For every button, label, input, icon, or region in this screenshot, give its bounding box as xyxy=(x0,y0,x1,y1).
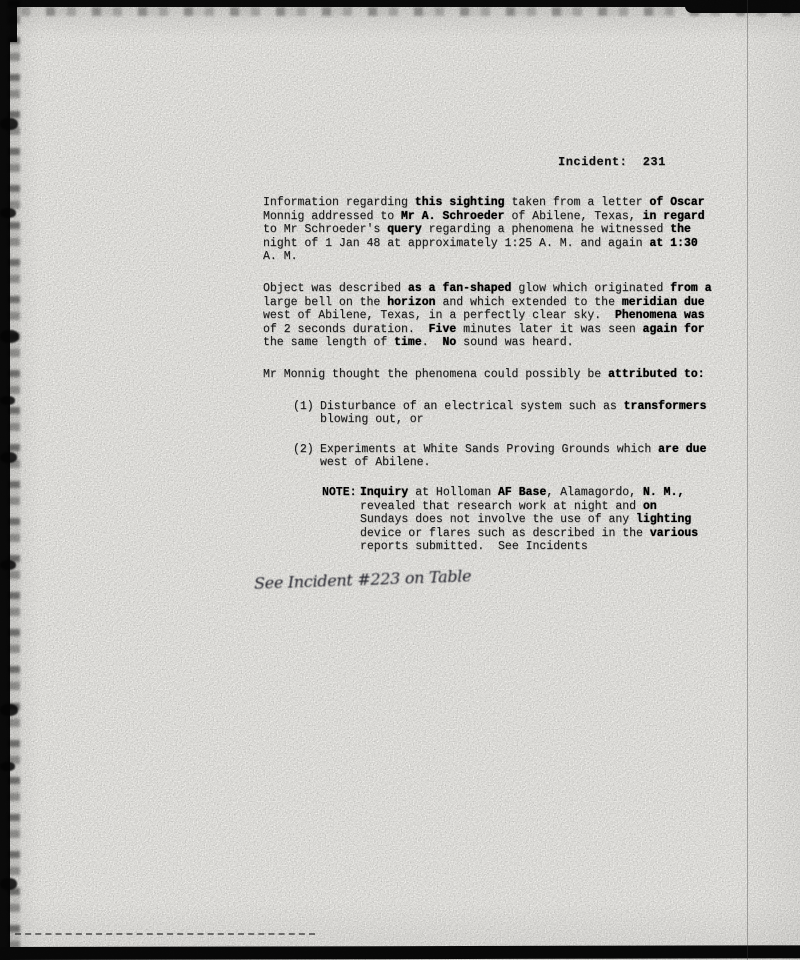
scan-edge-bottom xyxy=(0,945,800,960)
text-line: Disturbance of an electrical system such… xyxy=(320,400,749,414)
scan-ink-blob xyxy=(0,452,17,463)
text-line: Inquiry at Holloman AF Base, Alamagordo,… xyxy=(360,486,749,500)
scan-edge-top-fade xyxy=(0,7,800,16)
text-line: A. M. xyxy=(263,250,749,264)
scan-ink-blob xyxy=(0,762,15,771)
scan-corner-top-right xyxy=(685,0,800,13)
scanned-document-page: Incident: 231 Information regarding this… xyxy=(0,0,800,960)
scan-ink-blob xyxy=(0,330,19,343)
scan-edge-left xyxy=(0,0,10,960)
item-label: (2) xyxy=(293,443,314,457)
text-line: west of Abilene. xyxy=(320,456,749,470)
text-line: blowing out, or xyxy=(320,413,749,427)
text-line: Mr Monnig thought the phenomena could po… xyxy=(263,368,749,382)
scan-ink-blob xyxy=(0,208,16,218)
text-line: Information regarding this sighting take… xyxy=(263,196,749,210)
scan-ink-blob xyxy=(0,704,18,716)
item-label: (1) xyxy=(293,400,314,414)
item-block: (2)Experiments at White Sands Proving Gr… xyxy=(293,443,749,470)
paragraph: Information regarding this sighting take… xyxy=(263,196,749,264)
scan-ink-blob xyxy=(0,396,15,405)
text-line: night of 1 Jan 48 at approximately 1:25 … xyxy=(263,237,749,251)
scan-ink-blob xyxy=(0,878,17,890)
scan-ink-blob xyxy=(0,560,16,570)
text-line: large bell on the horizon and which exte… xyxy=(263,296,749,310)
text-line: Object was described as a fan-shaped glo… xyxy=(263,282,749,296)
paragraph: Mr Monnig thought the phenomena could po… xyxy=(263,368,749,382)
item-block: (1)Disturbance of an electrical system s… xyxy=(293,400,749,427)
paragraph: Object was described as a fan-shaped glo… xyxy=(263,282,749,350)
scan-edge-top xyxy=(0,0,800,7)
text-line: west of Abilene, Texas, in a perfectly c… xyxy=(263,309,749,323)
text-line: to Mr Schroeder's query regarding a phen… xyxy=(263,223,749,237)
text-line: of 2 seconds duration. Five minutes late… xyxy=(263,323,749,337)
text-line: revealed that research work at night and… xyxy=(360,500,749,514)
text-line: reports submitted. See Incidents xyxy=(360,540,749,554)
handwritten-annotation: See Incident #223 on Table xyxy=(254,564,534,593)
scan-ink-blob xyxy=(0,118,18,130)
paper-fold-line xyxy=(747,0,748,960)
document-body: Information regarding this sighting take… xyxy=(263,196,749,554)
text-line: Monnig addressed to Mr A. Schroeder of A… xyxy=(263,210,749,224)
text-line: Experiments at White Sands Proving Groun… xyxy=(320,443,749,457)
text-line: device or flares such as described in th… xyxy=(360,527,749,541)
scan-artifact-dashes xyxy=(15,933,315,935)
incident-number-label: Incident: 231 xyxy=(558,155,666,169)
note-label: NOTE: xyxy=(322,486,357,500)
text-line: the same length of time. No sound was he… xyxy=(263,336,749,350)
note-block: NOTE:Inquiry at Holloman AF Base, Alamag… xyxy=(322,486,749,554)
text-line: Sundays does not involve the use of any … xyxy=(360,513,749,527)
